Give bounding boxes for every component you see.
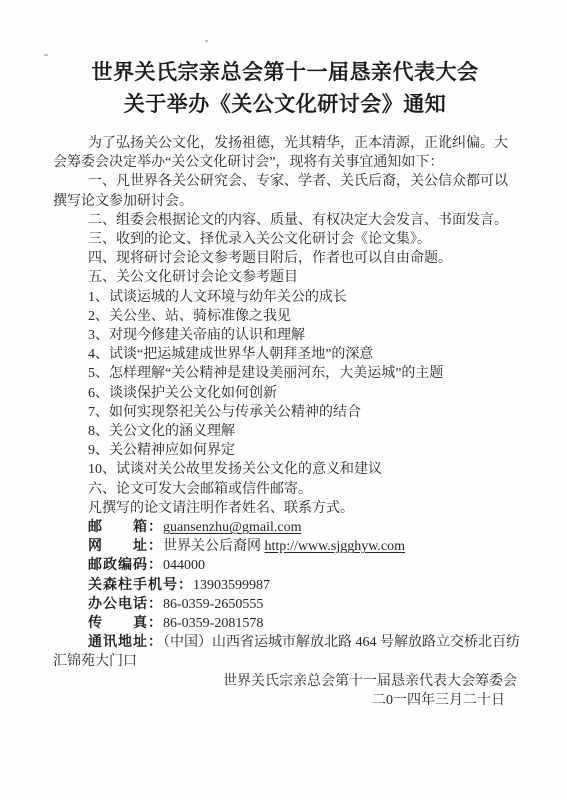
topic-item: 3、对现今修建关帝庙的认识和理解 — [53, 326, 517, 345]
body-line: 四、现将研讨会论文参考题目附后，作者也可以自由命题。 — [53, 249, 517, 268]
website-name: 世界关公后裔网 — [163, 539, 265, 554]
fax-value: 86-0359-2081578 — [163, 616, 263, 631]
topic-item: 4、试谈“把运城建成世界华人朝拜圣地”的深意 — [53, 345, 517, 364]
topic-item: 1、试谈运城的人文环境与幼年关公的成长 — [53, 288, 517, 307]
topic-item: 6、谈谈保护关公文化如何创新 — [53, 384, 517, 403]
body-line: 五、关公文化研讨会论文参考题目 — [53, 268, 517, 287]
postcode-label: 邮政编码： — [88, 558, 163, 573]
scan-artifact — [205, 40, 208, 42]
body-line: 撰写论文参加研讨会。 — [53, 192, 517, 211]
email-label: 邮 箱： — [88, 520, 163, 535]
contact-mobile-line: 关森柱手机号：13903599987 — [53, 576, 517, 595]
contact-postcode-line: 邮政编码：044000 — [53, 556, 517, 575]
body-line: 三、收到的论文、择优录入关公文化研讨会《论文集》。 — [53, 230, 517, 249]
body-line: 会筹委会决定举办“关公文化研讨会”，现将有关事宜通知如下： — [53, 153, 517, 172]
scan-artifact — [44, 54, 48, 56]
address-label: 通讯地址： — [88, 635, 163, 650]
document-body: 为了弘扬关公文化，发扬祖德，光其精华，正本清源，正讹纠偏。大 会筹委会决定举办“… — [53, 134, 517, 710]
document-content: 世界关氏宗亲总会第十一届恳亲代表大会 关于举办《关公文化研讨会》通知 为了弘扬关… — [53, 56, 517, 710]
topic-item: 5、怎样理解“关公精神是建设美丽河东，大美运城”的主题 — [53, 364, 517, 383]
title-line-2: 关于举办《关公文化研讨会》通知 — [53, 88, 517, 120]
office-phone-label: 办公电话： — [88, 597, 163, 612]
body-line: 为了弘扬关公文化，发扬祖德，光其精华，正本清源，正讹纠偏。大 — [53, 134, 517, 153]
signature-line: 世界关氏宗亲总会第十一届恳亲代表大会筹委会 — [53, 672, 517, 691]
email-link[interactable]: guansenzhu@gmail.com — [163, 520, 301, 535]
contact-office-phone-line: 办公电话：86-0359-2650555 — [53, 595, 517, 614]
body-line: 二、组委会根据论文的内容、质量、有权决定大会发言、书面发言。 — [53, 211, 517, 230]
fax-label: 传 真： — [88, 616, 163, 631]
topic-item: 10、试谈对关公故里发扬关公文化的意义和建议 — [53, 460, 517, 479]
body-line: 一、凡世界各关公研究会、专家、学者、关氏后裔，关公信众都可以 — [53, 172, 517, 191]
topic-item: 2、关公坐、站、骑标准像之我见 — [53, 307, 517, 326]
document-title: 世界关氏宗亲总会第十一届恳亲代表大会 关于举办《关公文化研讨会》通知 — [53, 56, 517, 120]
contact-address-wrap-line: 汇锦苑大门口 — [53, 652, 517, 671]
title-line-1: 世界关氏宗亲总会第十一届恳亲代表大会 — [53, 56, 517, 88]
website-label: 网 址： — [88, 539, 163, 554]
body-line: 凡撰写的论文请注明作者姓名、联系方式。 — [53, 499, 517, 518]
address-value: （中国）山西省运城市解放北路 464 号解放路立交桥北百纺 — [163, 635, 520, 650]
postcode-value: 044000 — [163, 558, 205, 573]
mobile-label: 关森柱手机号： — [88, 578, 193, 593]
website-link[interactable]: http://www.sjgghyw.com — [265, 539, 406, 554]
topic-item: 9、关公精神应如何界定 — [53, 441, 517, 460]
office-phone-value: 86-0359-2650555 — [163, 597, 263, 612]
mobile-value: 13903599987 — [193, 578, 270, 593]
topic-item: 8、关公文化的涵义理解 — [53, 422, 517, 441]
topic-item: 7、如何实现祭祀关公与传承关公精神的结合 — [53, 403, 517, 422]
scanned-notice-page: 世界关氏宗亲总会第十一届恳亲代表大会 关于举办《关公文化研讨会》通知 为了弘扬关… — [0, 0, 567, 800]
date-line: 二0一四年三月二十日 — [53, 691, 517, 710]
contact-email-line: 邮 箱：guansenzhu@gmail.com — [53, 518, 517, 537]
body-line: 六、论文可发大会邮箱或信件邮寄。 — [53, 480, 517, 499]
contact-website-line: 网 址：世界关公后裔网 http://www.sjgghyw.com — [53, 537, 517, 556]
contact-address-line: 通讯地址：（中国）山西省运城市解放北路 464 号解放路立交桥北百纺 — [53, 633, 517, 652]
contact-fax-line: 传 真：86-0359-2081578 — [53, 614, 517, 633]
